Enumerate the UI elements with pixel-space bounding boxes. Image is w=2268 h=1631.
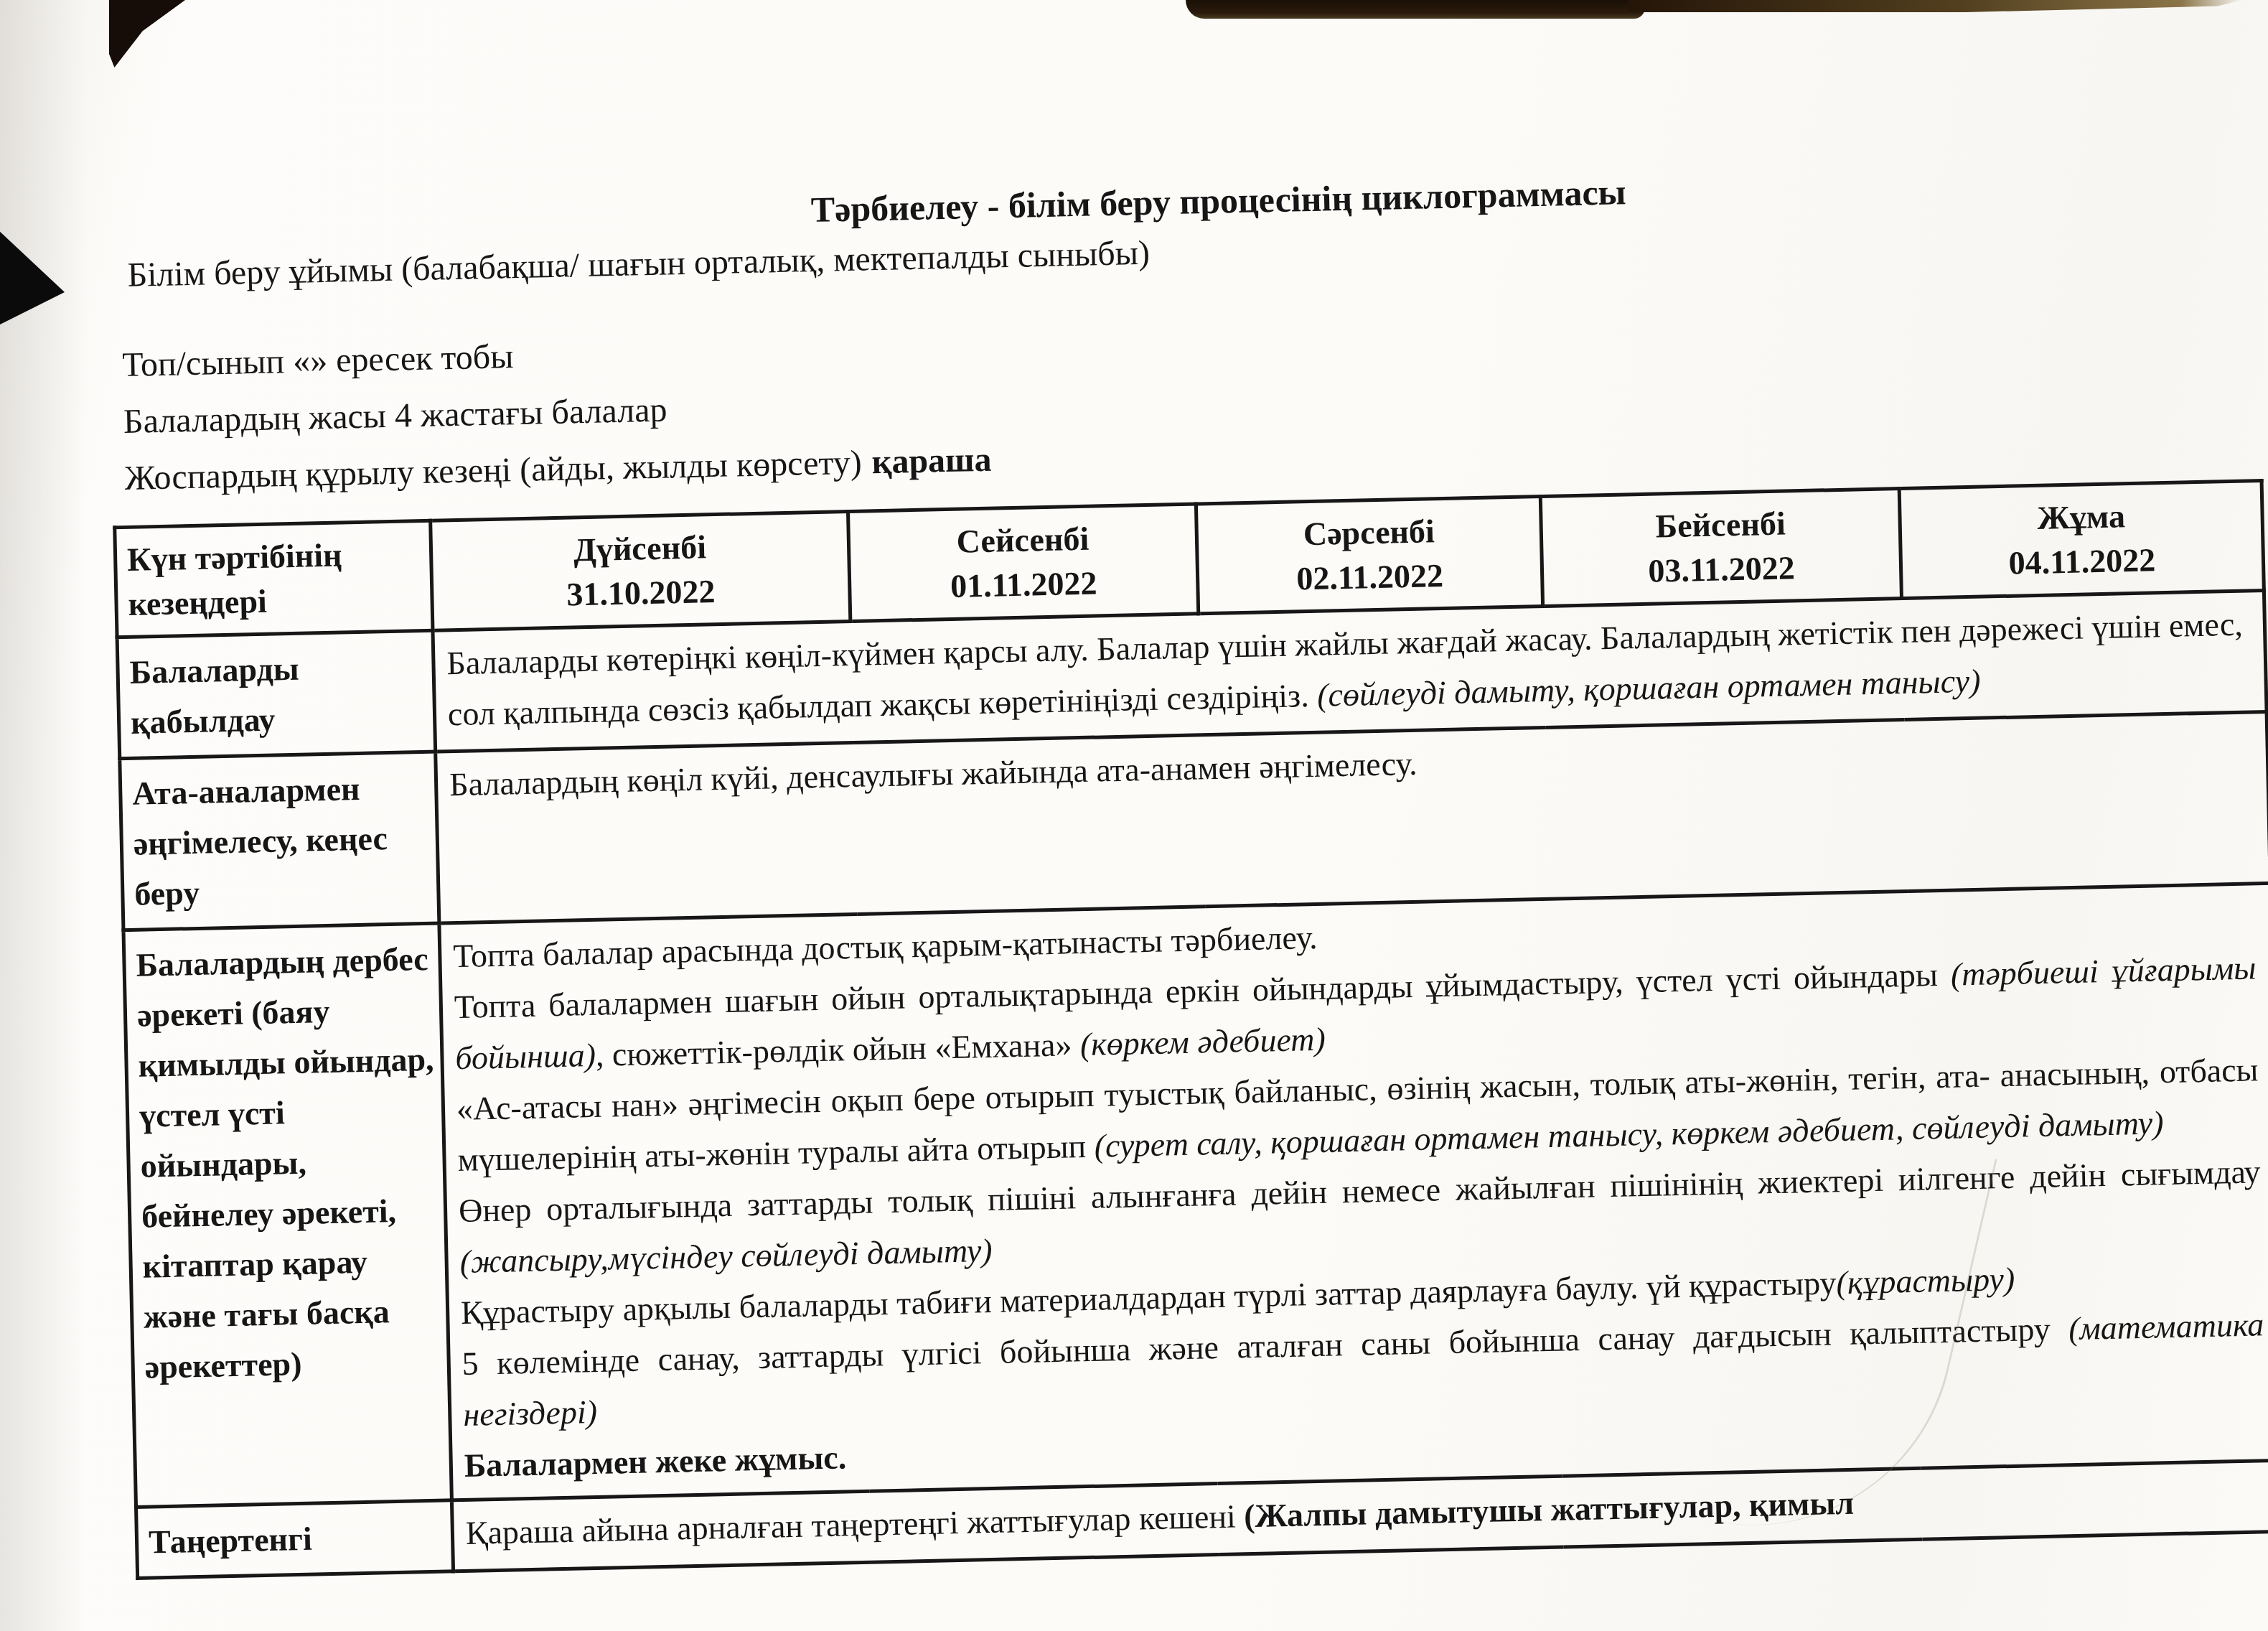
day-date: 03.11.2022 <box>1547 543 1895 596</box>
day-name: Жұма <box>1906 491 2257 543</box>
table-row: Балалардың дербес әрекеті (баяу қимылды … <box>123 883 2268 1507</box>
row-label: Балаларды қабылдау <box>117 630 436 759</box>
day-date: 04.11.2022 <box>1906 536 2257 588</box>
day-date: 01.11.2022 <box>856 559 1192 611</box>
page-title: Тәрбиелеу - білім беру процесінің циклог… <box>0 0 2267 249</box>
plan-period-label: Жоспардың құрылу кезеңі (айды, жылды көр… <box>124 444 862 497</box>
day-name: Сәрсенбі <box>1202 507 1535 559</box>
row-label: Ата-аналармен әңгімелесу, кеңес беру <box>120 752 439 930</box>
header-monday: Дүйсенбі 31.10.2022 <box>431 512 851 631</box>
header-thursday: Бейсенбі 03.11.2022 <box>1540 489 1901 607</box>
header-friday: Жұма 04.11.2022 <box>1899 481 2264 599</box>
info-block: Топ/сынып «» ересек тобы Балалардың жасы… <box>1 290 2268 510</box>
document-sheet: Тәрбиелеу - білім беру процесінің циклог… <box>0 0 2268 1582</box>
day-date: 31.10.2022 <box>438 566 844 620</box>
header-tuesday: Сейсенбі 01.11.2022 <box>848 504 1199 622</box>
day-name: Сейсенбі <box>854 515 1191 566</box>
row-content: Топта балалар арасында достық қарым-қаты… <box>439 883 2268 1500</box>
scan-artifact-top-strip <box>1186 0 1645 19</box>
row-label: Таңертенгі <box>136 1500 454 1579</box>
day-name: Бейсенбі <box>1547 499 1894 551</box>
plan-period-value: қараша <box>861 441 992 482</box>
cyclogram-table: Күн тәртібінің кезеңдері Дүйсенбі 31.10.… <box>113 479 2268 1580</box>
header-wednesday: Сәрсенбі 02.11.2022 <box>1196 496 1542 613</box>
cyclogram-table-body: Балаларды қабылдауБалаларды көтеріңкі кө… <box>117 591 2268 1579</box>
header-regime-periods: Күн тәртібінің кезеңдері <box>115 520 433 637</box>
row-label: Балалардың дербес әрекеті (баяу қимылды … <box>123 923 451 1507</box>
day-date: 02.11.2022 <box>1204 551 1537 603</box>
